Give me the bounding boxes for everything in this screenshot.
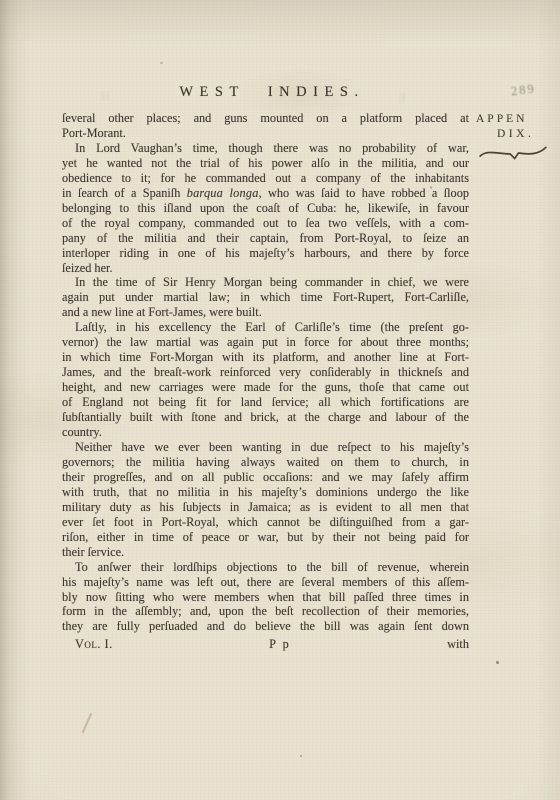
text-line: form in the aſſembly; and, upon the beſt… <box>62 604 469 619</box>
text-line: Port-Morant. <box>62 126 469 141</box>
text-line: their progreſſes, and on all public occa… <box>62 470 469 485</box>
text-line: ſeized her. <box>62 261 469 276</box>
section-brace-icon <box>478 144 549 162</box>
text-line: Neither have we ever been wanting in due… <box>62 440 469 455</box>
text-line: vernor) the law martial was again put in… <box>62 335 469 350</box>
text-line: and a new line at Fort-James, were built… <box>62 305 469 320</box>
text-line: of the royal company, commanded out to ſ… <box>62 216 469 231</box>
text-line: of England not being fit for land ſervic… <box>62 395 469 410</box>
catchword: with <box>447 637 469 652</box>
paper-scratch <box>82 713 92 734</box>
text-line: with truth, that no militia in his majeſ… <box>62 485 469 500</box>
text-line: James, and the breaſt-work reinforced ve… <box>62 365 469 380</box>
foxing-speck <box>496 661 499 664</box>
text-line: governors; the militia having always wai… <box>62 455 469 470</box>
text-line: their ſervice. <box>62 545 469 560</box>
text-line: To anſwer their lordſhips objections to … <box>62 560 469 575</box>
text-line: belonging to this iſland upon the coaſt … <box>62 201 469 216</box>
text-line: his majeſty’s name was left out, there a… <box>62 575 469 590</box>
text-line: In the time of Sir Henry Morgan being co… <box>62 275 469 290</box>
signature-mark: P p <box>113 637 447 652</box>
text-line: military duty as his ſubjects in Jamaica… <box>62 500 469 515</box>
text-line: In Lord Vaughan’s time, though there was… <box>62 141 469 156</box>
volume-label: Vol. I. <box>62 637 113 652</box>
text-line: height, and new carriages were made for … <box>62 380 469 395</box>
margin-note-appendix: APPEN DIX. <box>476 112 554 166</box>
signature-line: Vol. I. P p with <box>62 637 469 652</box>
text-line: Laſtly, in his excellency the Earl of Ca… <box>62 320 469 335</box>
foxing-speck <box>160 62 163 64</box>
text-line: in which time Fort-Morgan with its platf… <box>62 350 469 365</box>
text-line: ſubſtantially built with ſtone and brick… <box>62 410 469 425</box>
body-text: ſeveral other places; and guns mounted o… <box>62 111 469 634</box>
margin-note-line2: DIX. <box>497 127 554 142</box>
running-head-title: WEST INDIES. <box>76 84 468 101</box>
text-line: pany of the militia and their captain, f… <box>62 231 469 246</box>
text-line: they are fully perſuaded and do believe … <box>62 619 469 634</box>
text-line: interloper riding in one of his majeſty’… <box>62 246 469 261</box>
text-line: ſeveral other places; and guns mounted o… <box>62 111 469 126</box>
scanned-book-page: H E WEST INDIES. 289 APPEN DIX. ſeveral … <box>0 0 560 800</box>
text-line: obedience to it; for he commanded out a … <box>62 171 469 186</box>
text-line: bly now ſitting who were members when th… <box>62 590 469 605</box>
margin-note-line1: APPEN <box>476 112 554 127</box>
text-line: again put under martial law; in which ti… <box>62 290 469 305</box>
text-line: in ſearch of a Spaniſh barqua longa, who… <box>62 186 469 201</box>
page-number: 289 <box>510 82 536 100</box>
text-line: riſon, either in time of peace or war, b… <box>62 530 469 545</box>
text-line: country. <box>62 425 469 440</box>
text-line: yet he wanted not the trial of his power… <box>62 156 469 171</box>
text-line: ever ſet foot in Port-Royal, which canno… <box>62 515 469 530</box>
foxing-speck <box>300 755 302 757</box>
